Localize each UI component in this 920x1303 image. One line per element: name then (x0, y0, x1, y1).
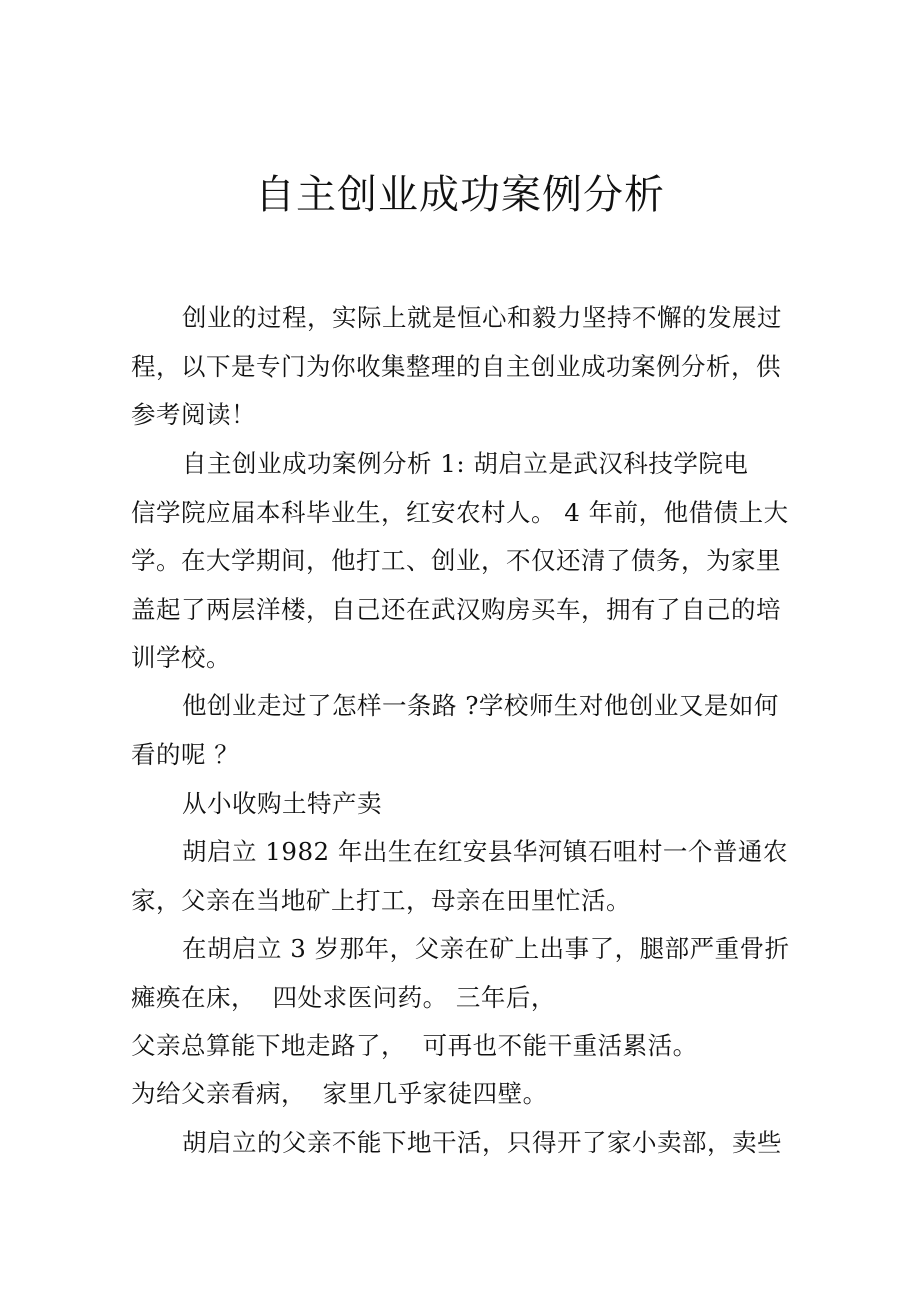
paragraph-line: 信学院应届本科毕业生，红安农村人。 4 年前，他借债上大 (131, 498, 789, 528)
paragraph-line: 看的呢 ？ (131, 740, 239, 770)
document-page: 自主创业成功案例分析 创业的过程，实际上就是恒心和毅力坚持不懈的发展过 程，以下… (0, 0, 920, 1303)
paragraph-line: 瘫痪在床， 四处求医问药。 三年后， (131, 983, 556, 1013)
paragraph-line: 他创业走过了怎样一条路 ?学校师生对他创业又是如何 (182, 691, 779, 721)
paragraph-line: 胡启立的父亲不能下地干活，只得开了家小卖部，卖些 (182, 1128, 782, 1158)
paragraph-line: 学。在大学期间，他打工、创业，不仅还清了债务，为家里 (131, 546, 781, 576)
paragraph-line: 为给父亲看病， 家里几乎家徒四壁。 (131, 1079, 548, 1109)
document-title: 自主创业成功案例分析 (0, 170, 920, 220)
paragraph-line: 训学校。 (131, 643, 231, 673)
paragraph-line: 盖起了两层洋楼，自己还在武汉购房买车，拥有了自己的培 (131, 595, 781, 625)
paragraph-line: 参考阅读！ (131, 400, 256, 430)
paragraph-line: 父亲总算能下地走路了， 可再也不能干重活累活。 (131, 1031, 698, 1061)
paragraph-line: 程，以下是专门为你收集整理的自主创业成功案例分析，供 (131, 352, 781, 382)
paragraph-line: 胡启立 1982 年出生在红安县华河镇石咀村一个普通农 (182, 837, 788, 867)
paragraph-line: 家，父亲在当地矿上打工，母亲在田里忙活。 (131, 886, 631, 916)
paragraph-line: 自主创业成功案例分析 1: 胡启立是武汉科技学院电 (182, 449, 748, 479)
paragraph-line: 创业的过程，实际上就是恒心和毅力坚持不懈的发展过 (182, 303, 782, 333)
section-heading: 从小收购土特产卖 (182, 789, 382, 819)
paragraph-line: 在胡启立 3 岁那年，父亲在矿上出事了，腿部严重骨折 (182, 934, 790, 964)
